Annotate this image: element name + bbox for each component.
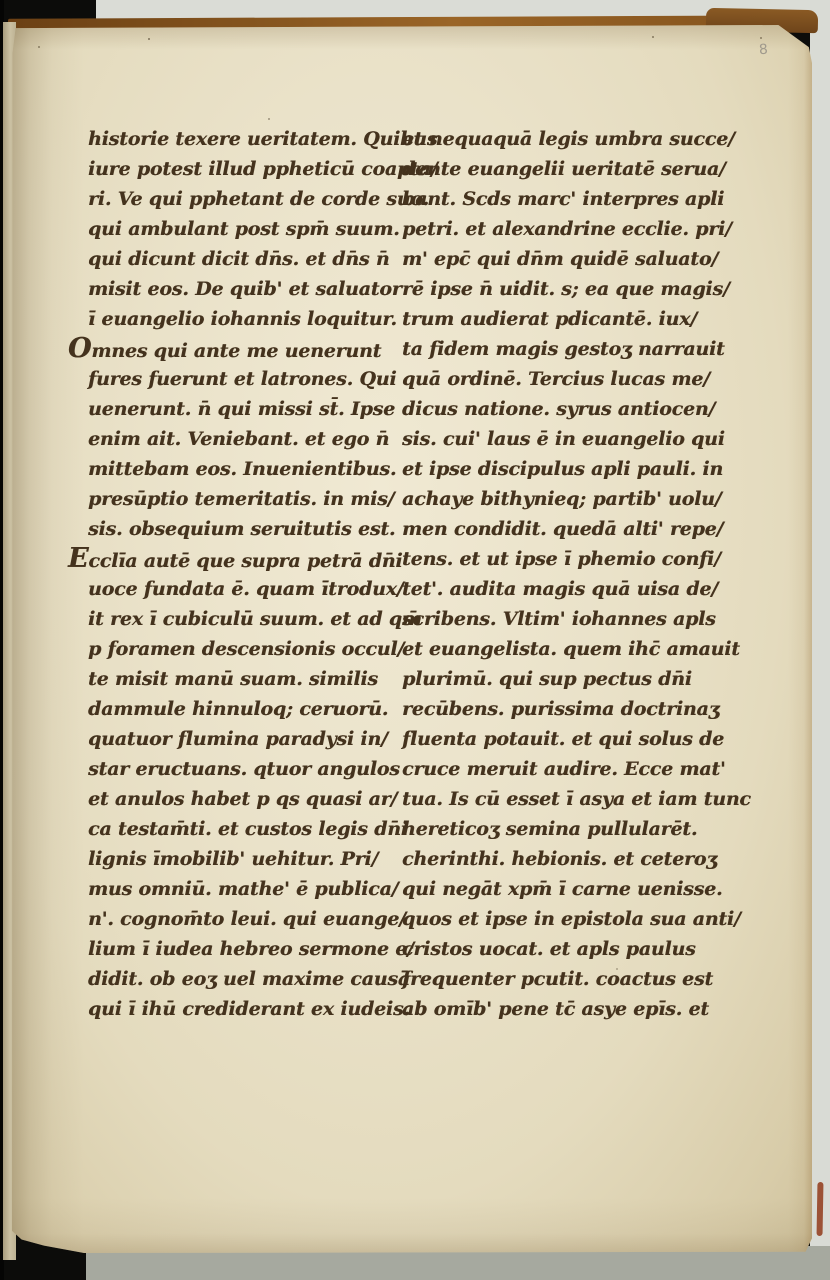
manuscript-line: ī euangelio iohannis loquitur. xyxy=(88,304,438,334)
manuscript-line: qui dicunt dicit dn̄s. et dn̄s n̄ xyxy=(88,244,438,274)
manuscript-line: it rex ī cubiculū suum. et ad qm̄ xyxy=(88,604,438,634)
manuscript-line: dente euangelii ueritatē serua/ xyxy=(402,154,751,184)
manuscript-line: enim ait. Veniebant. et ego n̄ xyxy=(88,424,438,454)
manuscript-line: uenerunt. n̄ qui missi st̄. Ipse xyxy=(88,394,438,424)
manuscript-line: cruce meruit audire. Ecce mat' xyxy=(402,754,751,784)
manuscript-line: fures fuerunt et latrones. Qui xyxy=(88,364,438,394)
backdrop-right xyxy=(810,0,830,1262)
manuscript-line: te misit manū suam. similis xyxy=(88,664,438,694)
manuscript-line: Omnes qui ante me uenerunt xyxy=(68,334,438,364)
manuscript-line: quos et ipse in epistola sua anti/ xyxy=(402,904,751,934)
manuscript-line: ab omīb' pene tc̄ asye epīs. et xyxy=(402,994,751,1024)
manuscript-line: qui negāt xpm̄ ī carne uenisse. xyxy=(402,874,751,904)
manuscript-line: Ecclīa autē que supra petrā dn̄i xyxy=(68,544,438,574)
manuscript-line: tua. Is cū esset ī asya et iam tunc xyxy=(402,784,751,814)
manuscript-line: lium ī iudea hebreo sermone e/ xyxy=(88,934,438,964)
manuscript-line: et nequaquā legis umbra succe/ xyxy=(402,124,751,154)
manuscript-line: plurimū. qui sup pectus dn̄i xyxy=(402,664,751,694)
manuscript-line: achaye bithynieq; partib' uolu/ xyxy=(402,484,751,514)
manuscript-line: petri. et alexandrine ecclie. pri/ xyxy=(402,214,751,244)
manuscript-line: quatuor flumina paradysi in/ xyxy=(88,724,438,754)
manuscript-line: qui ī ihū crediderant ex iudeis. xyxy=(88,994,438,1024)
manuscript-line: uoce fundata ē. quam ītrodux/ xyxy=(88,574,438,604)
manuscript-line: bant. Scds marc' interpres apli xyxy=(402,184,751,214)
manuscript-line: quā ordinē. Tercius lucas me/ xyxy=(402,364,751,394)
manuscript-line: ta fidem magis gestoʒ narrauit xyxy=(402,334,751,364)
book-board-edge xyxy=(817,1182,824,1236)
manuscript-line: sis. obsequium seruitutis est. xyxy=(88,514,438,544)
manuscript-line: fluenta potauit. et qui solus de xyxy=(402,724,751,754)
manuscript-line: frequenter pcutit. coactus est xyxy=(402,964,751,994)
manuscript-line: qui ambulant post spm̄ suum. xyxy=(88,214,438,244)
manuscript-line: dammule hinnuloq; ceruorū. xyxy=(88,694,438,724)
manuscript-line: sis. cui' laus ē in euangelio qui xyxy=(402,424,751,454)
manuscript-line: et anulos habet p qs quasi ar/ xyxy=(88,784,438,814)
manuscript-line: tet'. audita magis quā uisa de/ xyxy=(402,574,751,604)
manuscript-line: et ipse discipulus apli pauli. in xyxy=(402,454,751,484)
manuscript-line: didit. ob eoʒ uel maxime causā xyxy=(88,964,438,994)
manuscript-line: lignis īmobilib' uehitur. Pri/ xyxy=(88,844,438,874)
manuscript-line: et euangelista. quem ihc̄ amauit xyxy=(402,634,751,664)
manuscript-line: p foramen descensionis occul/ xyxy=(88,634,438,664)
manuscript-line: star eructuans. qtuor angulos xyxy=(88,754,438,784)
manuscript-line: rē ipse n̄ uidit. s; ea que magis/ xyxy=(402,274,751,304)
manuscript-line: scribens. Vltim' iohannes apls xyxy=(402,604,751,634)
manuscript-line: historie texere ueritatem. Quibus xyxy=(88,124,438,154)
parchment-specks xyxy=(148,38,150,40)
manuscript-line: ca testam̄ti. et custos legis dn̄i xyxy=(88,814,438,844)
manuscript-line: cherinthi. hebionis. et ceteroʒ xyxy=(402,844,751,874)
manuscript-line: tens. et ut ipse ī phemio confi/ xyxy=(402,544,751,574)
text-column-left: historie texere ueritatem. Quibusiure po… xyxy=(88,124,438,1024)
manuscript-line: hereticoʒ semina pullularēt. xyxy=(402,814,751,844)
manuscript-line: iure potest illud ppheticū coapta/ xyxy=(88,154,438,184)
manuscript-line: mittebam eos. Inuenientibus. xyxy=(88,454,438,484)
manuscript-line: presūptio temeritatis. in mis/ xyxy=(88,484,438,514)
manuscript-line: men condidit. quedā alti' repe/ xyxy=(402,514,751,544)
manuscript-line: dicus natione. syrus antiocen/ xyxy=(402,394,751,424)
manuscript-line: mus omniū. mathe' ē publica/ xyxy=(88,874,438,904)
manuscript-line: cristos uocat. et apls paulus xyxy=(402,934,751,964)
manuscript-line: ri. Ve qui pphetant de corde suo. xyxy=(88,184,438,214)
manuscript-line: trum audierat pdicantē. iux/ xyxy=(402,304,751,334)
manuscript-line: m' epc̄ qui dn̄m quidē saluato/ xyxy=(402,244,751,274)
manuscript-line: recūbens. purissima doctrinaʒ xyxy=(402,694,751,724)
manuscript-photo: 8 historie texere ueritatem. Quibusiure … xyxy=(0,0,830,1280)
text-column-right: et nequaquā legis umbra succe/dente euan… xyxy=(402,124,751,1024)
manuscript-line: n'. cognom̄to leui. qui euange/ xyxy=(88,904,438,934)
manuscript-line: misit eos. De quib' et saluator xyxy=(88,274,438,304)
folio-number: 8 xyxy=(758,42,768,59)
